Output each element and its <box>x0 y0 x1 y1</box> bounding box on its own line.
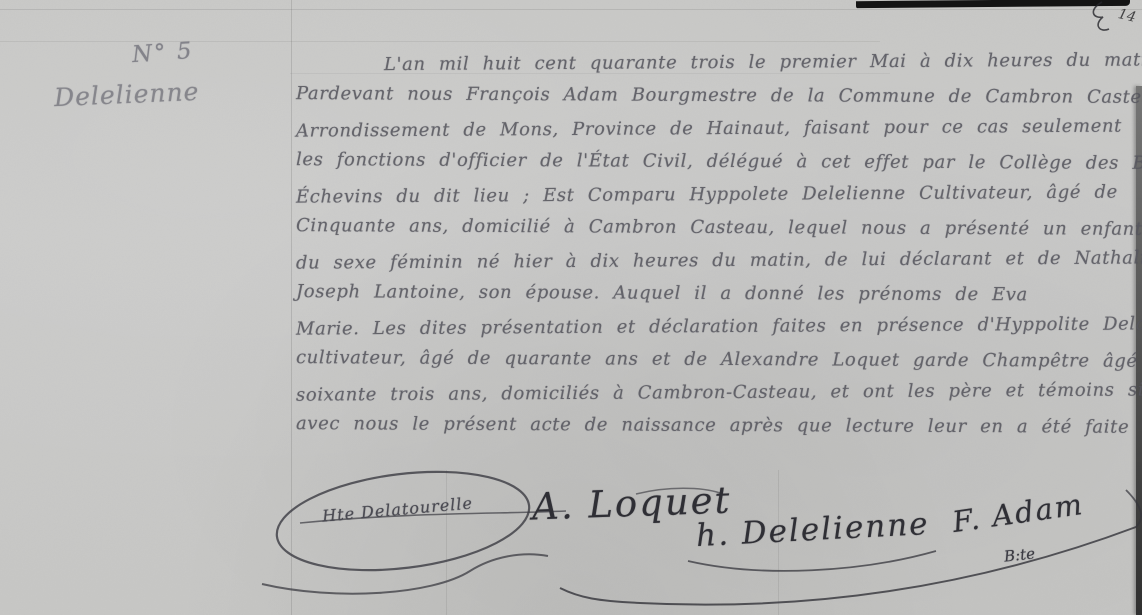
act-text-line: Joseph Lantoine, son épouse. Auquel il a… <box>296 275 1142 312</box>
act-text-block: L'an mil huit cent quarante trois le pre… <box>296 46 1142 442</box>
act-text-line: Échevins du dit lieu ; Est Comparu Hyppo… <box>296 175 1142 213</box>
corner-squiggle <box>1093 2 1109 30</box>
act-text-line: cultivateur, âgé de quarante ans et de A… <box>296 341 1142 378</box>
ruled-line <box>0 9 1142 10</box>
act-text-line: avec nous le présent acte de naissance a… <box>296 407 1142 444</box>
signature-witness1: Hte Delatourelle <box>321 493 473 525</box>
signature-officer: F. Adam <box>950 487 1086 539</box>
act-text-line: du sexe féminin né hier à dix heures du … <box>296 241 1142 279</box>
act-text-line: Marie. Les dites présentation et déclara… <box>296 307 1142 345</box>
act-text-line: Arrondissement de Mons, Province de Hain… <box>296 109 1142 147</box>
signature-officer-title: B:te <box>1003 544 1036 565</box>
act-text-line: L'an mil huit cent quarante trois le pre… <box>296 43 1142 81</box>
paraph-oval <box>271 459 535 583</box>
act-text-line: Pardevant nous François Adam Bourgmestre… <box>296 77 1142 114</box>
delelienne-underline <box>688 551 936 571</box>
scan-edge-top-bar <box>856 0 1130 8</box>
act-text-line: Cinquante ans, domicilié à Cambron Caste… <box>296 209 1142 246</box>
margin-rule-line <box>291 0 292 615</box>
act-text-line: soixante trois ans, domiciliés à Cambron… <box>296 373 1142 411</box>
margin-surname: Delelienne <box>53 77 200 112</box>
paraph-tail <box>262 554 548 593</box>
act-text-line: les fonctions d'officier de l'État Civil… <box>296 143 1142 180</box>
scanned-birth-record-page: 14 N° 5 Delelienne L'an mil huit cent qu… <box>0 0 1142 615</box>
act-number: N° 5 <box>131 38 194 68</box>
bleedthrough-line <box>446 470 447 615</box>
page-corner-mark: 14 <box>1117 6 1138 26</box>
